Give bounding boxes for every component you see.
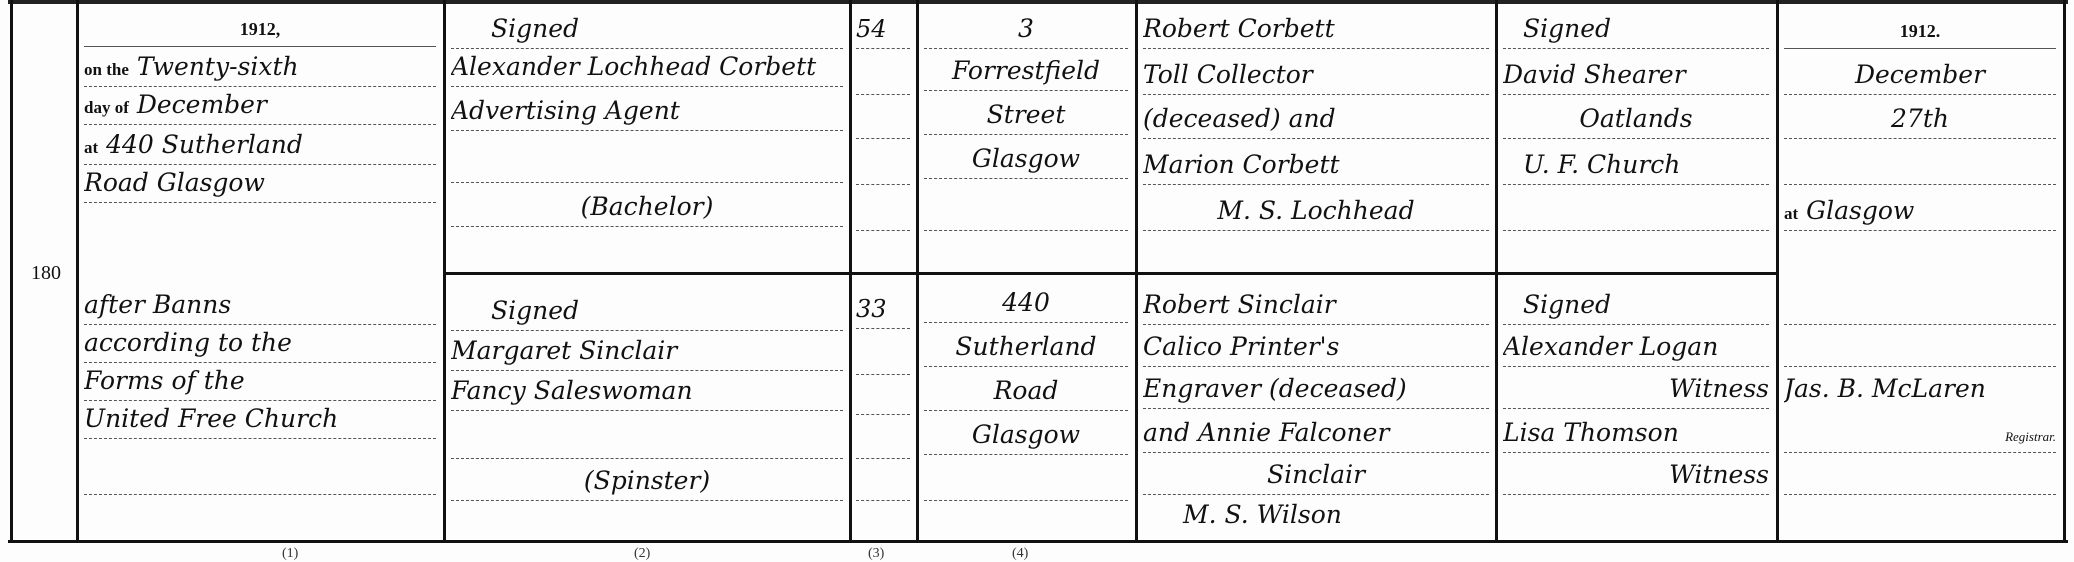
entry-number: 180 [18, 262, 74, 285]
registration-at-label: at [1784, 204, 1798, 223]
names-column: Signed Alexander Lochhead Corbett Advert… [447, 0, 847, 540]
groom-residence-4: Glasgow [924, 144, 1128, 179]
bride-status: (Spinster) [451, 466, 843, 501]
groom-father-occupation: Toll Collector [1143, 60, 1489, 95]
day-of-label: day of [84, 98, 129, 117]
marriage-form-3: Forms of the [84, 366, 436, 401]
witness-1-label: Witness [1503, 374, 1769, 409]
column-rule [10, 0, 13, 543]
bride-father-occupation: Calico Printer's [1143, 332, 1489, 367]
parents-column: Robert Corbett Toll Collector (deceased)… [1139, 0, 1493, 540]
column-number-1: (1) [282, 546, 298, 562]
bottom-rule [8, 540, 2068, 543]
officiant-place: Oatlands [1503, 104, 1769, 139]
marriage-form-2: according to the [84, 328, 436, 363]
marriage-month: December [137, 90, 267, 119]
bride-mother-name: and Annie Falconer [1143, 418, 1489, 453]
groom-occupation: Advertising Agent [451, 96, 843, 131]
register-page: 180 1912, on the Twenty-sixth day of Dec… [0, 0, 2074, 562]
bride-mother-surname: Sinclair [1143, 460, 1489, 495]
witness-2-label: Witness [1503, 460, 1769, 495]
officiant-church: U. F. Church [1503, 150, 1769, 185]
bride-residence-1: 440 [924, 288, 1128, 323]
column-number-2: (2) [634, 546, 650, 562]
bride-father-status: Engraver (deceased) [1143, 374, 1489, 409]
witness-1-name: Alexander Logan [1503, 332, 1769, 367]
groom-residence-3: Street [924, 100, 1128, 135]
registration-day: 27th [1784, 104, 2056, 139]
bride-father-name: Robert Sinclair [1143, 290, 1489, 325]
residence-column: 3 Forrestfield Street Glasgow 440 Suther… [920, 0, 1132, 540]
bride-signed: Signed [451, 296, 843, 331]
groom-status: (Bachelor) [451, 192, 843, 227]
groom-residence-2: Forrestfield [924, 56, 1128, 91]
marriage-place-1: 440 Sutherland [106, 130, 303, 159]
bride-name: Margaret Sinclair [451, 336, 843, 371]
registration-year: 1912. [1900, 21, 1941, 41]
groom-name: Alexander Lochhead Corbett [451, 52, 843, 87]
at-label: at [84, 138, 98, 157]
registration-place: Glasgow [1806, 196, 1914, 225]
ages-column: 54 33 [852, 0, 914, 540]
groom-residence-1: 3 [924, 14, 1128, 49]
registrar-name: Jas. B. McLaren [1784, 374, 2056, 408]
column-rule [1776, 0, 1779, 543]
officiant-signed: Signed [1503, 14, 1769, 49]
registrar-label: Registrar. [2005, 429, 2056, 444]
bride-occupation: Fancy Saleswoman [451, 376, 843, 411]
on-the-label: on the [84, 60, 129, 79]
groom-father-name: Robert Corbett [1143, 14, 1489, 49]
column-rule [2063, 0, 2066, 543]
bride-residence-3: Road [924, 376, 1128, 411]
column-rule [76, 0, 79, 543]
column-number-3: (3) [868, 546, 884, 562]
groom-father-status: (deceased) and [1143, 104, 1489, 139]
registration-column: 1912. December 27th at Glasgow Jas. B. M… [1780, 0, 2060, 540]
marriage-place-2: Road Glasgow [84, 168, 436, 203]
witness-2-name: Lisa Thomson [1503, 418, 1769, 453]
bride-age: 33 [856, 294, 910, 329]
marriage-day: Twenty-sixth [137, 52, 299, 81]
groom-signed: Signed [451, 14, 843, 49]
bride-residence-4: Glasgow [924, 420, 1128, 455]
marriage-year: 1912, [240, 19, 281, 39]
registration-month: December [1784, 60, 2056, 95]
marriage-form-4: United Free Church [84, 404, 436, 439]
groom-age: 54 [856, 14, 910, 49]
groom-mother-name: Marion Corbett [1143, 150, 1489, 185]
when-where-column: 1912, on the Twenty-sixth day of Decembe… [80, 0, 440, 540]
bride-residence-2: Sutherland [924, 332, 1128, 367]
officiant-name: David Shearer [1503, 60, 1769, 95]
marriage-form-1: after Banns [84, 290, 436, 325]
bride-mother-maiden: M. S. Wilson [1143, 500, 1489, 534]
witness-signed: Signed [1503, 290, 1769, 325]
column-number-4: (4) [1012, 546, 1028, 562]
signatures-column: Signed David Shearer Oatlands U. F. Chur… [1499, 0, 1773, 540]
groom-mother-maiden: M. S. Lochhead [1143, 196, 1489, 231]
